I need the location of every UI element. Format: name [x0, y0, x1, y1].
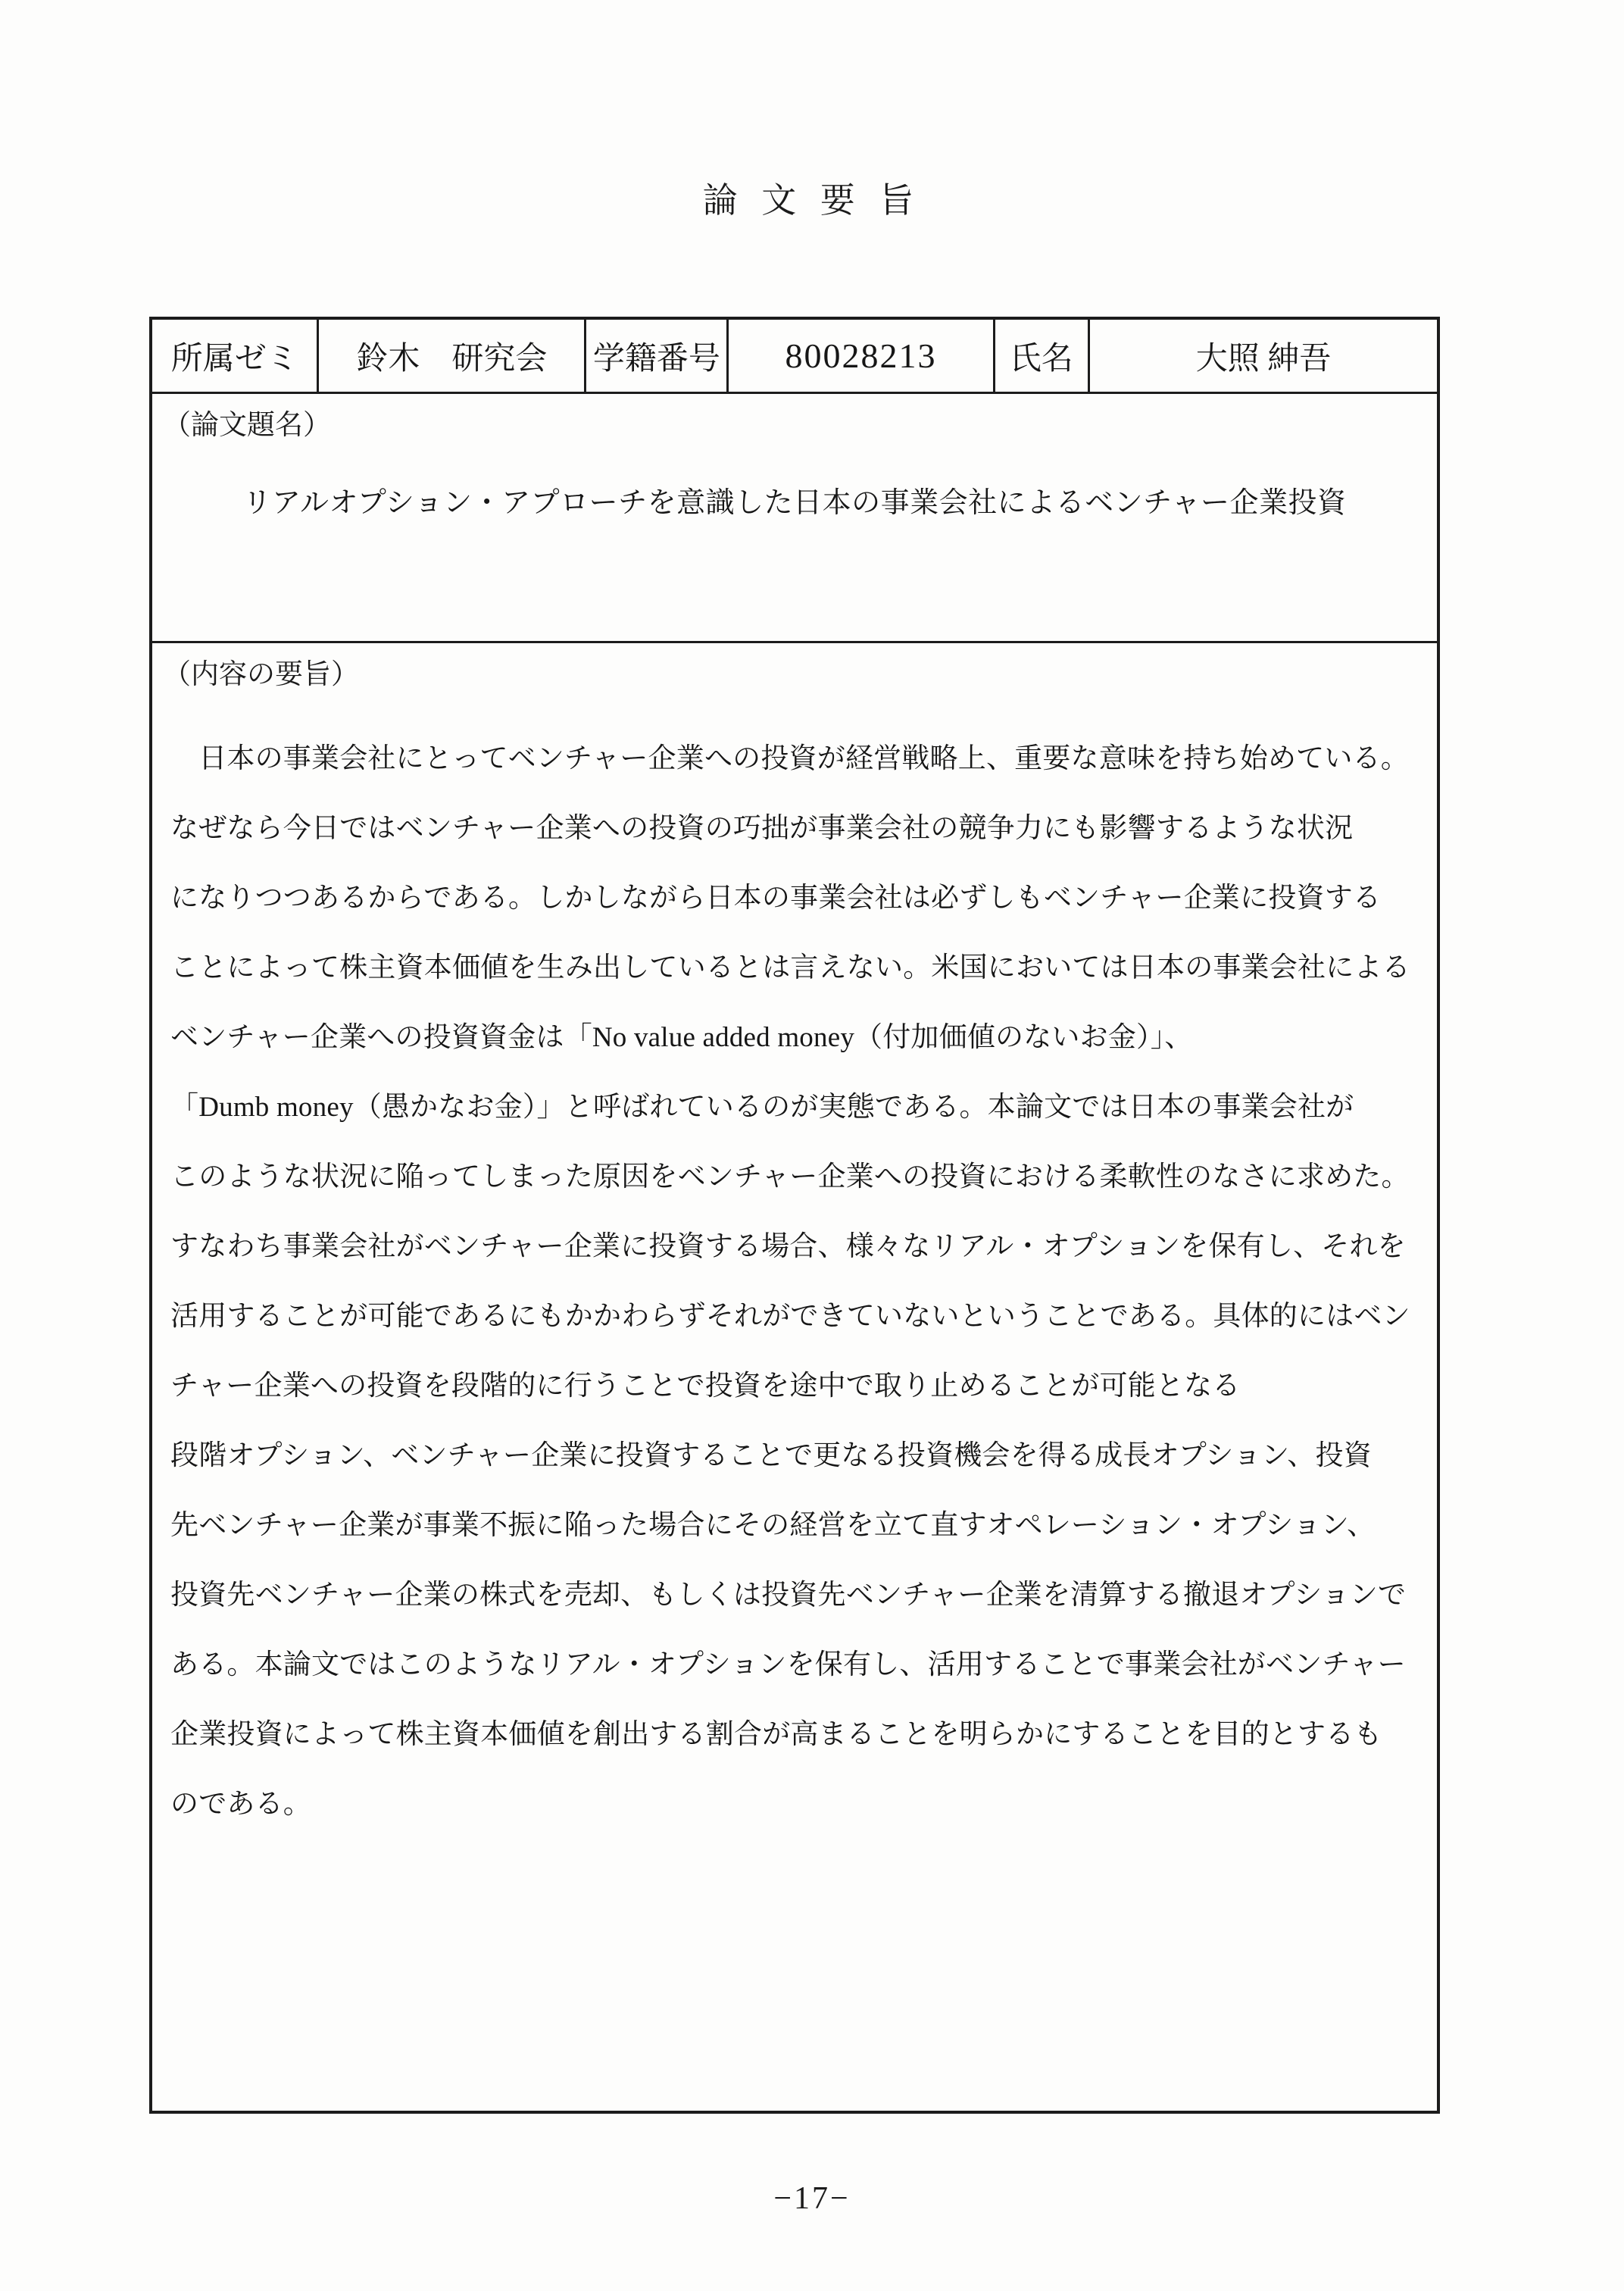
abstract-line: 活用することが可能であるにもかかわらずそれができていないということである。具体的… — [152, 1278, 1437, 1348]
seminar-label: 所属ゼミ — [152, 320, 319, 392]
abstract-line: 段階オプション、ベンチャー企業に投資することで更なる投資機会を得る成長オプション… — [152, 1417, 1437, 1487]
abstract-line: 投資先ベンチャー企業の株式を売却、もしくは投資先ベンチャー企業を清算する撤退オプ… — [152, 1557, 1437, 1627]
thesis-title: リアルオプション・アプローチを意識した日本の事業会社によるベンチャー企業投資 — [152, 479, 1437, 520]
abstract-line: 企業投資によって株主資本価値を創出する割合が高まることを明らかにすることを目的と… — [152, 1696, 1437, 1766]
student-id-value: 80028213 — [729, 320, 995, 392]
seminar-value: 鈴木 研究会 — [319, 320, 586, 392]
abstract-line: 「Dumb money（愚かなお金）」と呼ばれているのが実態である。本論文では日… — [152, 1069, 1437, 1139]
name-value: 大照 紳吾 — [1090, 320, 1437, 392]
abstract-line: ある。本論文ではこのようなリアル・オプションを保有し、活用することで事業会社がベ… — [152, 1627, 1437, 1696]
thesis-title-section-label: （論文題名） — [152, 394, 1437, 442]
page-title: 論 文 要 旨 — [0, 173, 1624, 223]
name-label: 氏名 — [995, 320, 1091, 392]
abstract-line: 日本の事業会社にとってベンチャー企業への投資が経営戦略上、重要な意味を持ち始めて… — [152, 720, 1437, 790]
header-table-row: 所属ゼミ 鈴木 研究会 学籍番号 80028213 氏名 大照 紳吾 — [152, 320, 1437, 394]
abstract-body: 日本の事業会社にとってベンチャー企業への投資が経営戦略上、重要な意味を持ち始めて… — [152, 720, 1437, 1836]
abstract-line: 先ベンチャー企業が事業不振に陥った場合にその経営を立て直すオペレーション・オプシ… — [152, 1487, 1437, 1557]
abstract-section: （内容の要旨） 日本の事業会社にとってベンチャー企業への投資が経営戦略上、重要な… — [152, 643, 1437, 2114]
page-number: −17− — [0, 2180, 1624, 2217]
abstract-line: になりつつあるからである。しかしながら日本の事業会社は必ずしもベンチャー企業に投… — [152, 860, 1437, 930]
abstract-line: ベンチャー企業への投資資金は「No value added money（付加価値… — [152, 999, 1437, 1069]
abstract-section-label: （内容の要旨） — [152, 643, 1437, 692]
student-id-label: 学籍番号 — [586, 320, 729, 392]
abstract-line: なぜなら今日ではベンチャー企業への投資の巧拙が事業会社の競争力にも影響するような… — [152, 790, 1437, 860]
thesis-title-section: （論文題名） リアルオプション・アプローチを意識した日本の事業会社によるベンチャ… — [152, 394, 1437, 643]
abstract-line: すなわち事業会社がベンチャー企業に投資する場合、様々なリアル・オプションを保有し… — [152, 1208, 1437, 1278]
abstract-line: このような状況に陥ってしまった原因をベンチャー企業への投資における柔軟性のなさに… — [152, 1139, 1437, 1208]
document-page: 論 文 要 旨 所属ゼミ 鈴木 研究会 学籍番号 80028213 氏名 大照 … — [0, 0, 1624, 2291]
abstract-line: チャー企業への投資を段階的に行うことで投資を途中で取り止めることが可能となる — [152, 1348, 1437, 1417]
abstract-line: ことによって株主資本価値を生み出しているとは言えない。米国においては日本の事業会… — [152, 930, 1437, 999]
abstract-form-box: 所属ゼミ 鈴木 研究会 学籍番号 80028213 氏名 大照 紳吾 （論文題名… — [149, 317, 1440, 2114]
abstract-line: のである。 — [152, 1766, 1437, 1836]
